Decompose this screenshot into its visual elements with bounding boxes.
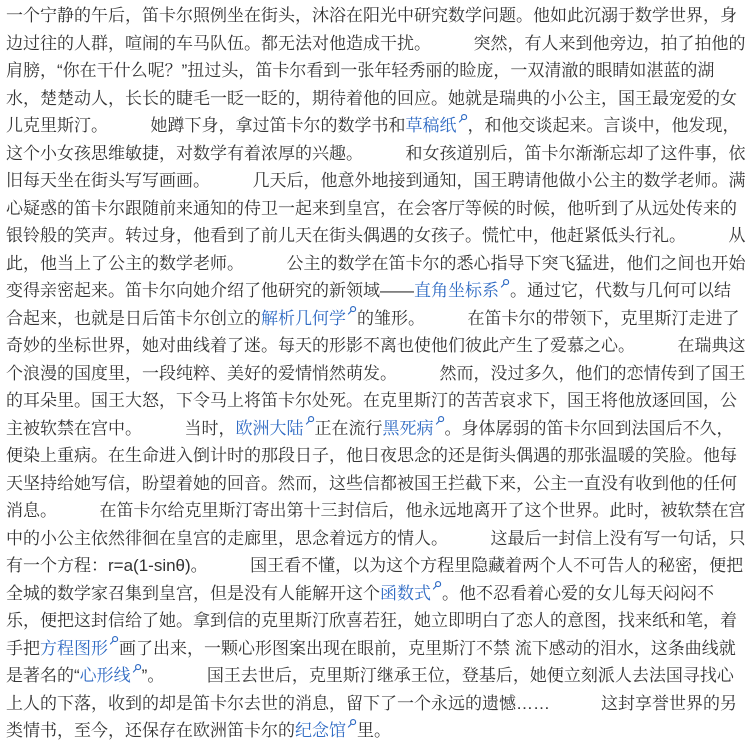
entity-link[interactable]: 函数式 — [380, 584, 442, 603]
entity-link[interactable]: 黑死病 — [383, 419, 445, 438]
entity-link[interactable]: 解析几何学 — [261, 309, 357, 328]
paragraph-gap — [550, 694, 601, 713]
search-icon — [347, 305, 357, 316]
entity-link-label: 纪念馆 — [295, 721, 346, 740]
text-run: 当时， — [185, 419, 236, 438]
entity-link-label: 黑死病 — [383, 419, 434, 438]
paragraph-gap — [202, 171, 253, 190]
entity-link[interactable]: 草稿纸 — [406, 116, 468, 135]
search-icon — [109, 635, 119, 646]
paragraph-gap — [100, 116, 151, 135]
heart-curve-formula: r=a(1-sinθ) — [108, 556, 191, 575]
paragraph-gap — [417, 309, 468, 328]
search-icon — [347, 718, 357, 729]
text-run: 正在流行 — [315, 419, 383, 438]
text-run: 的雏形。 — [357, 309, 417, 328]
entity-link[interactable]: 纪念馆 — [295, 721, 357, 740]
paragraph-gap — [236, 254, 287, 273]
text-run: 里。 — [357, 721, 391, 740]
search-icon — [132, 663, 142, 674]
entity-link-label: 心形线 — [80, 666, 131, 685]
entity-link[interactable]: 方程图形 — [40, 639, 119, 658]
entity-link-label: 解析几何学 — [261, 309, 346, 328]
paragraph-gap — [156, 666, 207, 685]
search-icon — [435, 415, 445, 426]
search-icon — [458, 113, 468, 124]
paragraph-gap — [440, 529, 491, 548]
search-icon — [305, 415, 315, 426]
paragraph-gap — [678, 226, 729, 245]
search-icon — [500, 278, 510, 289]
text-run: 她蹲下身，拿过笛卡尔的数学书和 — [151, 116, 406, 135]
paragraph-gap — [49, 501, 100, 520]
paragraph-gap — [199, 556, 250, 575]
entity-link-label: 直角坐标系 — [414, 281, 499, 300]
entity-link[interactable]: 心形线 — [80, 666, 142, 685]
entity-link-label: 草稿纸 — [406, 116, 457, 135]
entity-link-label: 函数式 — [380, 584, 431, 603]
text-run: ”。 — [142, 666, 156, 685]
paragraph-gap — [627, 336, 678, 355]
paragraph-gap — [355, 144, 406, 163]
text-run: 。 — [191, 556, 200, 575]
entity-link-label: 欧洲大陆 — [236, 419, 304, 438]
paragraph-gap — [423, 34, 474, 53]
paragraph-gap — [389, 364, 440, 383]
search-icon — [432, 580, 442, 591]
entity-link-label: 方程图形 — [40, 639, 108, 658]
story-article: 一个宁静的午后，笛卡尔照例坐在街头，沐浴在阳光中研究数学问题。他如此沉溺于数学世… — [0, 0, 753, 749]
paragraph-gap — [134, 419, 185, 438]
entity-link[interactable]: 直角坐标系 — [414, 281, 510, 300]
story-text: 一个宁静的午后，笛卡尔照例坐在街头，沐浴在阳光中研究数学问题。他如此沉溺于数学世… — [6, 2, 747, 745]
entity-link[interactable]: 欧洲大陆 — [236, 419, 315, 438]
